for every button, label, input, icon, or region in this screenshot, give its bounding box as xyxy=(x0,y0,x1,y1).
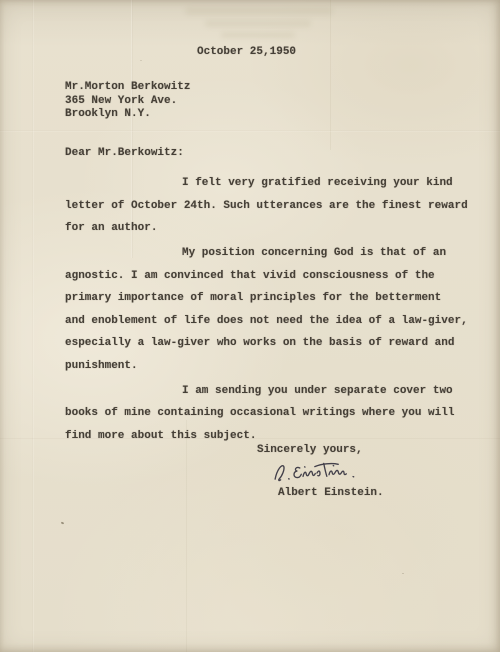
letter-line: letter of October 24th. Such utterances … xyxy=(65,195,477,218)
paper-speck xyxy=(402,573,404,574)
salutation: Dear Mr.Berkowitz: xyxy=(65,147,184,160)
recipient-street: 365 New York Ave. xyxy=(65,95,190,109)
letter-page: October 25,1950 Mr.Morton Berkowitz 365 … xyxy=(0,0,500,652)
recipient-city: Brooklyn N.Y. xyxy=(65,108,190,122)
closing-line: Sincerely yours, xyxy=(257,444,363,457)
letter-body: I felt very gratified receiving your kin… xyxy=(65,172,477,447)
emboss-line xyxy=(221,32,295,38)
fold-crease-horizontal xyxy=(0,130,500,132)
paragraph: My position concerning God is that of an… xyxy=(65,242,477,377)
letter-line: agnostic. I am convinced that vivid cons… xyxy=(65,265,477,288)
paper-speck xyxy=(140,60,142,61)
typed-signature: Albert Einstein. xyxy=(278,487,384,500)
signature-ink-strokes xyxy=(271,456,368,489)
letter-line: primary importance of moral principles f… xyxy=(65,287,477,310)
paragraph: I am sending you under separate cover tw… xyxy=(65,380,477,448)
letter-line: especially a law-giver who works on the … xyxy=(65,332,477,355)
recipient-address: Mr.Morton Berkowitz 365 New York Ave. Br… xyxy=(65,81,190,122)
paper-speck xyxy=(61,521,65,524)
letter-line: and enoblement of life does not need the… xyxy=(65,310,477,333)
letter-line: books of mine containing occasional writ… xyxy=(65,402,477,425)
fold-crease-vertical xyxy=(186,420,187,652)
letter-line: for an author. xyxy=(65,217,477,240)
emboss-line xyxy=(185,7,333,15)
letter-date: October 25,1950 xyxy=(197,46,296,59)
recipient-name: Mr.Morton Berkowitz xyxy=(65,81,190,95)
paragraph: I felt very gratified receiving your kin… xyxy=(65,172,477,240)
letter-line: punishment. xyxy=(65,355,477,378)
letter-line: I felt very gratified receiving your kin… xyxy=(65,172,477,195)
letter-line: I am sending you under separate cover tw… xyxy=(65,380,477,403)
fold-crease-vertical xyxy=(32,0,34,652)
fold-crease-vertical xyxy=(330,0,331,150)
letter-line: My position concerning God is that of an xyxy=(65,242,477,265)
emboss-line xyxy=(205,20,311,27)
